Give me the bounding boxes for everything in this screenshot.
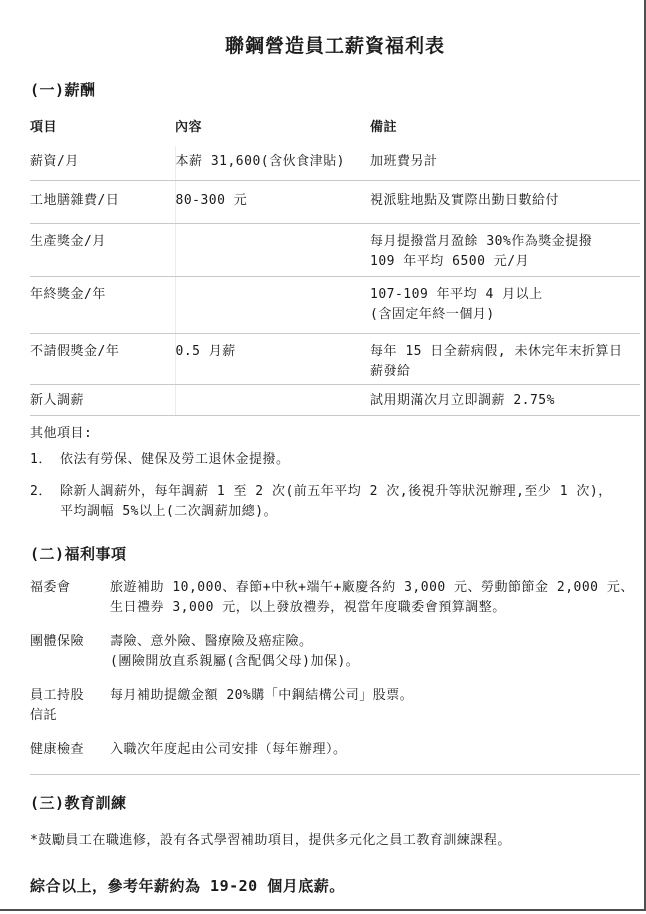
note-line: (含固定年終一個月) xyxy=(370,305,640,325)
benefits-list: 福委會 旅遊補助 10,000、春節+中秋+端午+廠慶各約 3,000 元、勞動… xyxy=(30,578,640,760)
cell-item: 生產獎金/月 xyxy=(30,224,175,277)
list-item-line: 平均調幅 5%以上(二次調薪加總)。 xyxy=(60,502,640,522)
column-header-note: 備註 xyxy=(370,110,640,146)
cell-item: 薪資/月 xyxy=(30,146,175,181)
benefit-line: (團險開放直系親屬(含配偶父母)加保)。 xyxy=(110,652,640,672)
benefit-label: 團體保險 xyxy=(30,632,110,672)
benefit-line: 壽險、意外險、醫療險及癌症險。 xyxy=(110,632,640,652)
cell-item: 新人調薪 xyxy=(30,385,175,416)
cell-content: 本薪 31,600(含伙食津貼) xyxy=(175,146,370,181)
note-line: 107-109 年平均 4 月以上 xyxy=(370,285,640,305)
note-line: 每年 15 日全薪病假, 未休完年末折算日 xyxy=(370,342,640,362)
note-line: 薪發給 xyxy=(370,362,640,382)
summary-line: 綜合以上，參考年薪約為 19-20 個月底薪。 xyxy=(30,875,640,897)
benefit-item-welfare-committee: 福委會 旅遊補助 10,000、春節+中秋+端午+廠慶各約 3,000 元、勞動… xyxy=(30,578,640,618)
cell-item: 不請假獎金/年 xyxy=(30,334,175,385)
benefit-line: 生日禮券 3,000 元，以上發放禮券，視當年度職委會預算調整。 xyxy=(110,598,640,618)
benefit-line: 每月補助提繳金額 20%購「中鋼結構公司」股票。 xyxy=(110,686,640,706)
benefit-content: 旅遊補助 10,000、春節+中秋+端午+廠慶各約 3,000 元、勞動節節金 … xyxy=(110,578,640,618)
cell-item: 年終獎金/年 xyxy=(30,277,175,334)
benefit-content: 每月補助提繳金額 20%購「中鋼結構公司」股票。 xyxy=(110,686,640,726)
cell-content xyxy=(175,277,370,334)
benefit-item-group-insurance: 團體保險 壽險、意外險、醫療險及癌症險。 (團險開放直系親屬(含配偶父母)加保)… xyxy=(30,632,640,672)
benefit-label: 健康檢查 xyxy=(30,740,110,760)
note-line: 視派駐地點及實際出勤日數給付 xyxy=(370,191,640,211)
benefit-line: 旅遊補助 10,000、春節+中秋+端午+廠慶各約 3,000 元、勞動節節金 … xyxy=(110,578,640,598)
cell-note: 視派駐地點及實際出勤日數給付 xyxy=(370,181,640,224)
table-header-row: 項目 內容 備註 xyxy=(30,110,640,146)
cell-content: 80-300 元 xyxy=(175,181,370,224)
benefit-item-health-check: 健康檢查 入職次年度起由公司安排（每年辦理）。 xyxy=(30,740,640,760)
list-item-text: 依法有勞保、健保及勞工退休金提撥。 xyxy=(60,450,640,470)
cell-note: 試用期滿次月立即調薪 2.75% xyxy=(370,385,640,416)
list-item-number: 1． xyxy=(30,450,60,470)
education-note: *鼓勵員工在職進修，設有各式學習補助項目，提供多元化之員工教育訓練課程。 xyxy=(30,831,640,851)
cell-note: 加班費另計 xyxy=(370,146,640,181)
cell-content xyxy=(175,224,370,277)
list-item-line: 除新人調薪外，每年調薪 1 至 2 次(前五年平均 2 次,後視升等狀況辦理,至… xyxy=(60,482,640,502)
list-item-line: 依法有勞保、健保及勞工退休金提撥。 xyxy=(60,452,290,467)
table-row-salary: 薪資/月 本薪 31,600(含伙食津貼) 加班費另計 xyxy=(30,146,640,181)
table-row-production-bonus: 生產獎金/月 每月提撥當月盈餘 30%作為獎金提撥 109 年平均 6500 元… xyxy=(30,224,640,277)
note-line: 加班費另計 xyxy=(370,152,640,172)
table-row-newcomer-raise: 新人調薪 試用期滿次月立即調薪 2.75% xyxy=(30,385,640,416)
note-line: 試用期滿次月立即調薪 2.75% xyxy=(370,391,640,411)
note-line: 109 年平均 6500 元/月 xyxy=(370,252,640,272)
note-line: 每月提撥當月盈餘 30%作為獎金提撥 xyxy=(370,232,640,252)
cell-note: 每月提撥當月盈餘 30%作為獎金提撥 109 年平均 6500 元/月 xyxy=(370,224,640,277)
benefit-content: 入職次年度起由公司安排（每年辦理）。 xyxy=(110,740,640,760)
table-row-year-end-bonus: 年終獎金/年 107-109 年平均 4 月以上 (含固定年終一個月) xyxy=(30,277,640,334)
benefit-line: 入職次年度起由公司安排（每年辦理）。 xyxy=(110,740,640,760)
cell-note: 每年 15 日全薪病假, 未休完年末折算日 薪發給 xyxy=(370,334,640,385)
list-item-text: 除新人調薪外，每年調薪 1 至 2 次(前五年平均 2 次,後視升等狀況辦理,至… xyxy=(60,482,640,522)
other-items-label: 其他項目: xyxy=(30,424,640,444)
section1-heading: (一)薪酬 xyxy=(30,80,640,100)
cell-content xyxy=(175,385,370,416)
benefit-item-stock-trust: 員工持股信託 每月補助提繳金額 20%購「中鋼結構公司」股票。 xyxy=(30,686,640,726)
benefit-label: 福委會 xyxy=(30,578,110,618)
section-divider xyxy=(30,774,640,775)
column-header-content: 內容 xyxy=(175,110,370,146)
cell-note: 107-109 年平均 4 月以上 (含固定年終一個月) xyxy=(370,277,640,334)
list-item: 1． 依法有勞保、健保及勞工退休金提撥。 xyxy=(30,450,640,470)
page-title: 聯鋼營造員工薪資福利表 xyxy=(30,0,640,58)
document-page: 聯鋼營造員工薪資福利表 (一)薪酬 項目 內容 備註 薪資/月 本薪 31,60… xyxy=(0,0,646,911)
salary-table: 項目 內容 備註 薪資/月 本薪 31,600(含伙食津貼) 加班費另計 工地膳… xyxy=(30,110,640,416)
section3-heading: (三)教育訓練 xyxy=(30,793,640,813)
section2-heading: (二)福利事項 xyxy=(30,544,640,564)
cell-content: 0.5 月薪 xyxy=(175,334,370,385)
benefit-content: 壽險、意外險、醫療險及癌症險。 (團險開放直系親屬(含配偶父母)加保)。 xyxy=(110,632,640,672)
list-item-number: 2． xyxy=(30,482,60,522)
cell-item: 工地膳雜費/日 xyxy=(30,181,175,224)
table-row-no-leave-bonus: 不請假獎金/年 0.5 月薪 每年 15 日全薪病假, 未休完年末折算日 薪發給 xyxy=(30,334,640,385)
table-row-site-meal: 工地膳雜費/日 80-300 元 視派駐地點及實際出勤日數給付 xyxy=(30,181,640,224)
benefit-label: 員工持股信託 xyxy=(30,686,110,726)
list-item: 2． 除新人調薪外，每年調薪 1 至 2 次(前五年平均 2 次,後視升等狀況辦… xyxy=(30,482,640,522)
column-header-item: 項目 xyxy=(30,110,175,146)
